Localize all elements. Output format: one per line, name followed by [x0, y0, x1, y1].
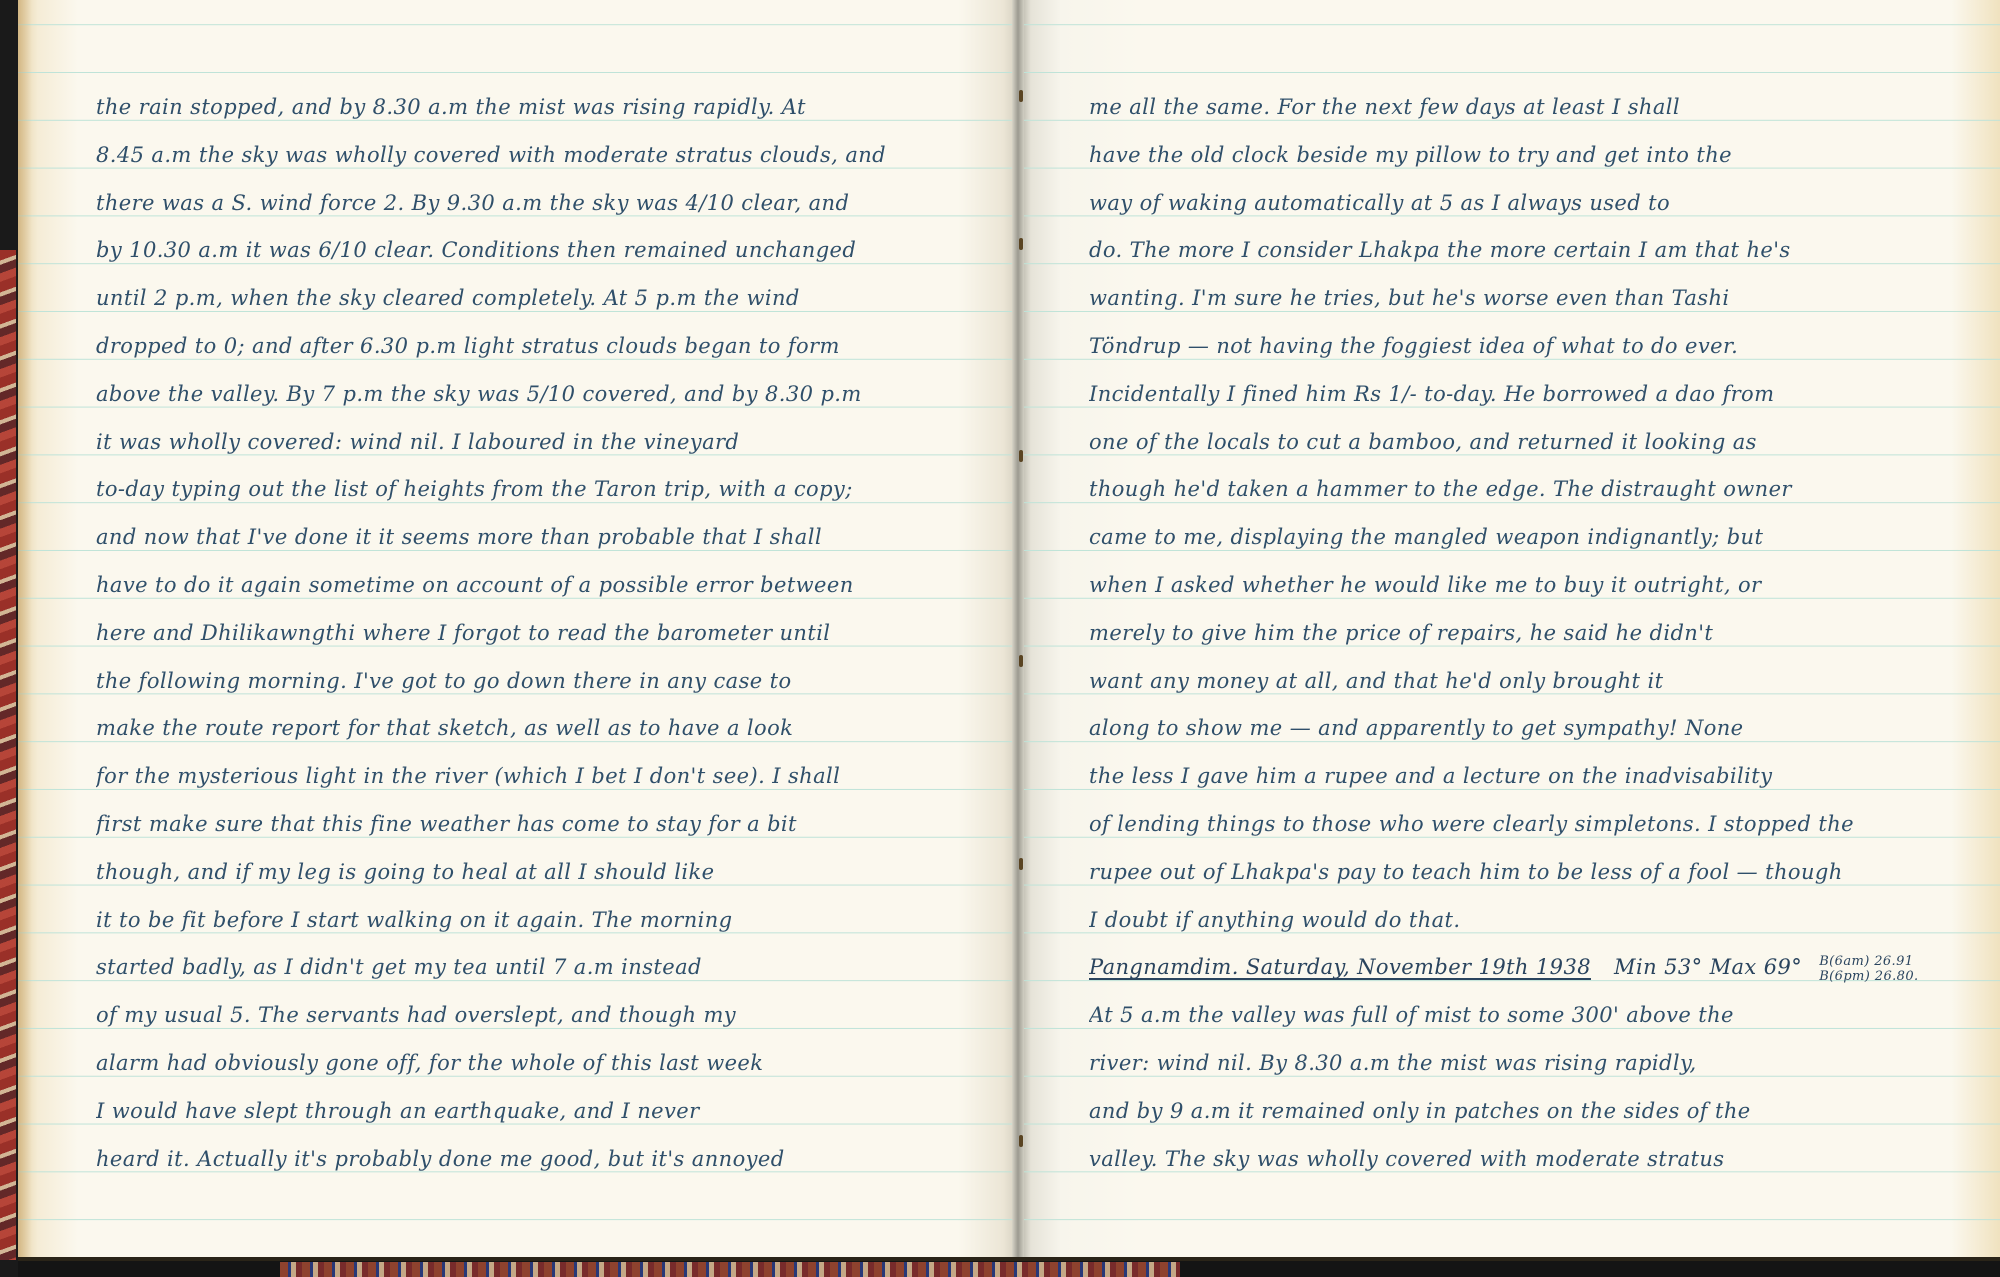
handwritten-line: and by 9 a.m it remained only in patches…	[1089, 1088, 1994, 1136]
handwritten-line: At 5 a.m the valley was full of mist to …	[1089, 992, 1994, 1040]
handwritten-line: river: wind nil. By 8.30 a.m the mist wa…	[1089, 1040, 1994, 1088]
handwritten-line: the rain stopped, and by 8.30 a.m the mi…	[96, 84, 1016, 132]
handwritten-line: and now that I've done it it seems more …	[96, 514, 1016, 562]
handwritten-line: Töndrup — not having the foggiest idea o…	[1089, 323, 1994, 371]
handwritten-line: to-day typing out the list of heights fr…	[96, 466, 1016, 514]
handwritten-line: Incidentally I fined him Rs 1/- to-day. …	[1089, 371, 1994, 419]
handwritten-line: me all the same. For the next few days a…	[1089, 84, 1994, 132]
entry-temperatures: Min 53° Max 69°	[1614, 955, 1802, 979]
entry-place-date: Pangnamdim. Saturday, November 19th 1938	[1089, 955, 1591, 979]
notebook-spine	[1012, 0, 1024, 1257]
handwritten-line: alarm had obviously gone off, for the wh…	[96, 1040, 1016, 1088]
handwritten-line: started badly, as I didn't get my tea un…	[96, 944, 1016, 992]
handwritten-line: until 2 p.m, when the sky cleared comple…	[96, 275, 1016, 323]
handwritten-line: dropped to 0; and after 6.30 p.m light s…	[96, 323, 1016, 371]
handwritten-line: the less I gave him a rupee and a lectur…	[1089, 753, 1994, 801]
marbled-cover-bottom	[280, 1262, 1180, 1277]
handwritten-line: it was wholly covered: wind nil. I labou…	[96, 419, 1016, 467]
left-page-text: the rain stopped, and by 8.30 a.m the mi…	[96, 84, 1016, 1183]
handwritten-line: there was a S. wind force 2. By 9.30 a.m…	[96, 180, 1016, 228]
handwritten-line: above the valley. By 7 p.m the sky was 5…	[96, 371, 1016, 419]
handwritten-line: though he'd taken a hammer to the edge. …	[1089, 466, 1994, 514]
binding-stitch	[1019, 90, 1023, 102]
handwritten-line: came to me, displaying the mangled weapo…	[1089, 514, 1994, 562]
binding-stitch	[1019, 238, 1023, 250]
handwritten-line: when I asked whether he would like me to…	[1089, 562, 1994, 610]
handwritten-line: the following morning. I've got to go do…	[96, 658, 1016, 706]
handwritten-line: it to be fit before I start walking on i…	[96, 897, 1016, 945]
handwritten-line: heard it. Actually it's probably done me…	[96, 1136, 1016, 1184]
barometer-readings: B(6am) 26.91 B(6pm) 26.80.	[1819, 954, 1918, 984]
handwritten-line: merely to give him the price of repairs,…	[1089, 610, 1994, 658]
handwritten-line: have to do it again sometime on account …	[96, 562, 1016, 610]
handwritten-line: I would have slept through an earthquake…	[96, 1088, 1016, 1136]
diary-entry-header: Pangnamdim. Saturday, November 19th 1938…	[1089, 944, 1994, 992]
handwritten-line: way of waking automatically at 5 as I al…	[1089, 180, 1994, 228]
left-page: the rain stopped, and by 8.30 a.m the mi…	[18, 0, 1021, 1261]
marbled-cover-left	[0, 250, 16, 1260]
handwritten-line: first make sure that this fine weather h…	[96, 801, 1016, 849]
right-page: me all the same. For the next few days a…	[1021, 0, 2000, 1261]
handwritten-line: do. The more I consider Lhakpa the more …	[1089, 227, 1994, 275]
handwritten-line: have the old clock beside my pillow to t…	[1089, 132, 1994, 180]
handwritten-line: valley. The sky was wholly covered with …	[1089, 1136, 1994, 1184]
right-page-text: me all the same. For the next few days a…	[1089, 84, 1994, 1183]
binding-stitch	[1019, 655, 1023, 667]
handwritten-line: for the mysterious light in the river (w…	[96, 753, 1016, 801]
handwritten-line: I doubt if anything would do that.	[1089, 897, 1994, 945]
barometer-am: B(6am) 26.91	[1819, 954, 1918, 969]
handwritten-line: though, and if my leg is going to heal a…	[96, 849, 1016, 897]
binding-stitch	[1019, 1135, 1023, 1147]
binding-stitch	[1019, 450, 1023, 462]
barometer-pm: B(6pm) 26.80.	[1819, 969, 1918, 984]
handwritten-line: of my usual 5. The servants had overslep…	[96, 992, 1016, 1040]
handwritten-line: want any money at all, and that he'd onl…	[1089, 658, 1994, 706]
binding-stitch	[1019, 858, 1023, 870]
handwritten-line: of lending things to those who were clea…	[1089, 801, 1994, 849]
handwritten-line: 8.45 a.m the sky was wholly covered with…	[96, 132, 1016, 180]
handwritten-line: make the route report for that sketch, a…	[96, 705, 1016, 753]
handwritten-line: one of the locals to cut a bamboo, and r…	[1089, 419, 1994, 467]
handwritten-line: along to show me — and apparently to get…	[1089, 705, 1994, 753]
handwritten-line: by 10.30 a.m it was 6/10 clear. Conditio…	[96, 227, 1016, 275]
handwritten-line: rupee out of Lhakpa's pay to teach him t…	[1089, 849, 1994, 897]
page-foxing-stain	[18, 0, 32, 1257]
handwritten-line: here and Dhilikawngthi where I forgot to…	[96, 610, 1016, 658]
handwritten-line: wanting. I'm sure he tries, but he's wor…	[1089, 275, 1994, 323]
